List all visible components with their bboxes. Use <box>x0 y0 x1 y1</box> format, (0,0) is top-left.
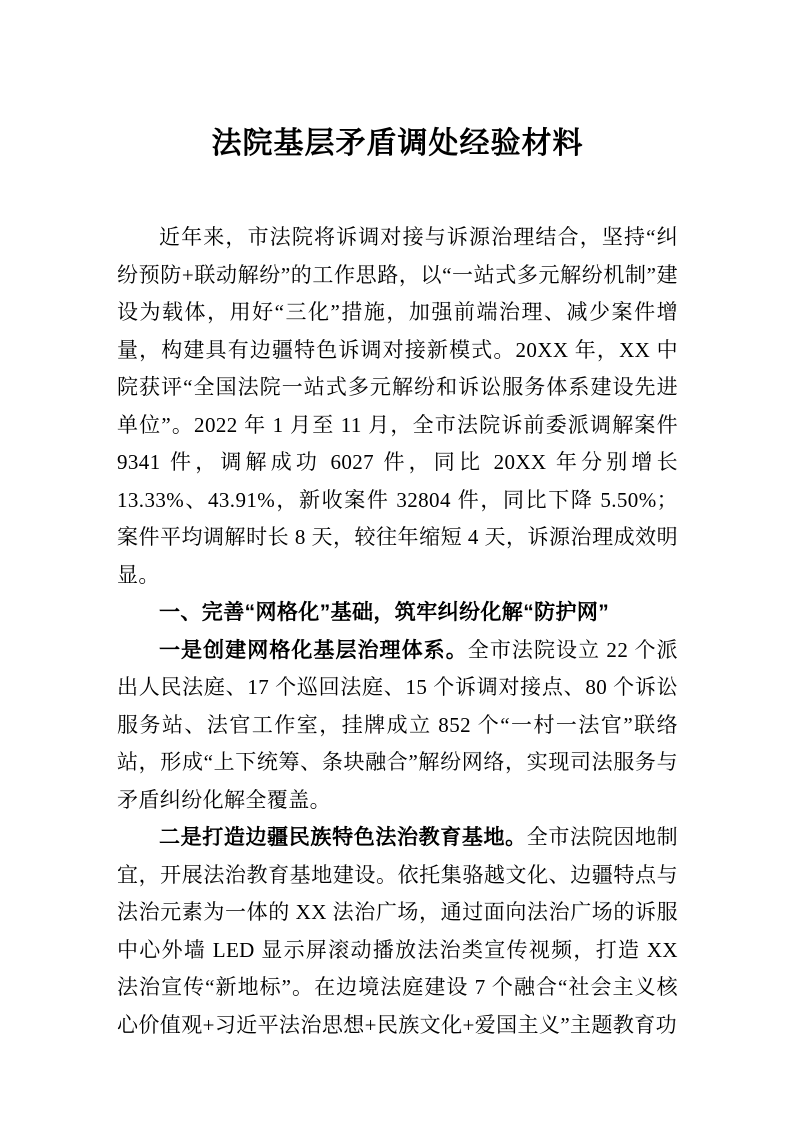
document-page: 法院基层矛盾调处经验材料 近年来，市法院将诉调对接与诉源治理结合，坚持“纠纷预防… <box>0 0 794 1122</box>
point-1-lead: 一是创建网格化基层治理体系。 <box>159 639 468 662</box>
paragraph-intro: 近年来，市法院将诉调对接与诉源治理结合，坚持“纠纷预防+联动解纷”的工作思路，以… <box>117 219 678 594</box>
point-1-text: 全市法院设立 22 个派出人民法庭、17 个巡回法庭、15 个诉调对接点、80 … <box>117 638 678 812</box>
paragraph-point-2: 二是打造边疆民族特色法治教育基地。全市法院因地制宜，开展法治教育基地建设。依托集… <box>117 819 678 1044</box>
point-2-lead: 二是打造边疆民族特色法治教育基地。 <box>159 826 527 849</box>
point-2-text: 全市法院因地制宜，开展法治教育基地建设。依托集骆越文化、边疆特点与法治元素为一体… <box>117 825 678 1037</box>
document-content: 法院基层矛盾调处经验材料 近年来，市法院将诉调对接与诉源治理结合，坚持“纠纷预防… <box>117 121 678 1044</box>
document-title: 法院基层矛盾调处经验材料 <box>117 121 678 167</box>
paragraph-point-1: 一是创建网格化基层治理体系。全市法院设立 22 个派出人民法庭、17 个巡回法庭… <box>117 632 678 820</box>
section-heading-1: 一、完善“网格化”基础，筑牢纠纷化解“防护网” <box>117 594 678 632</box>
